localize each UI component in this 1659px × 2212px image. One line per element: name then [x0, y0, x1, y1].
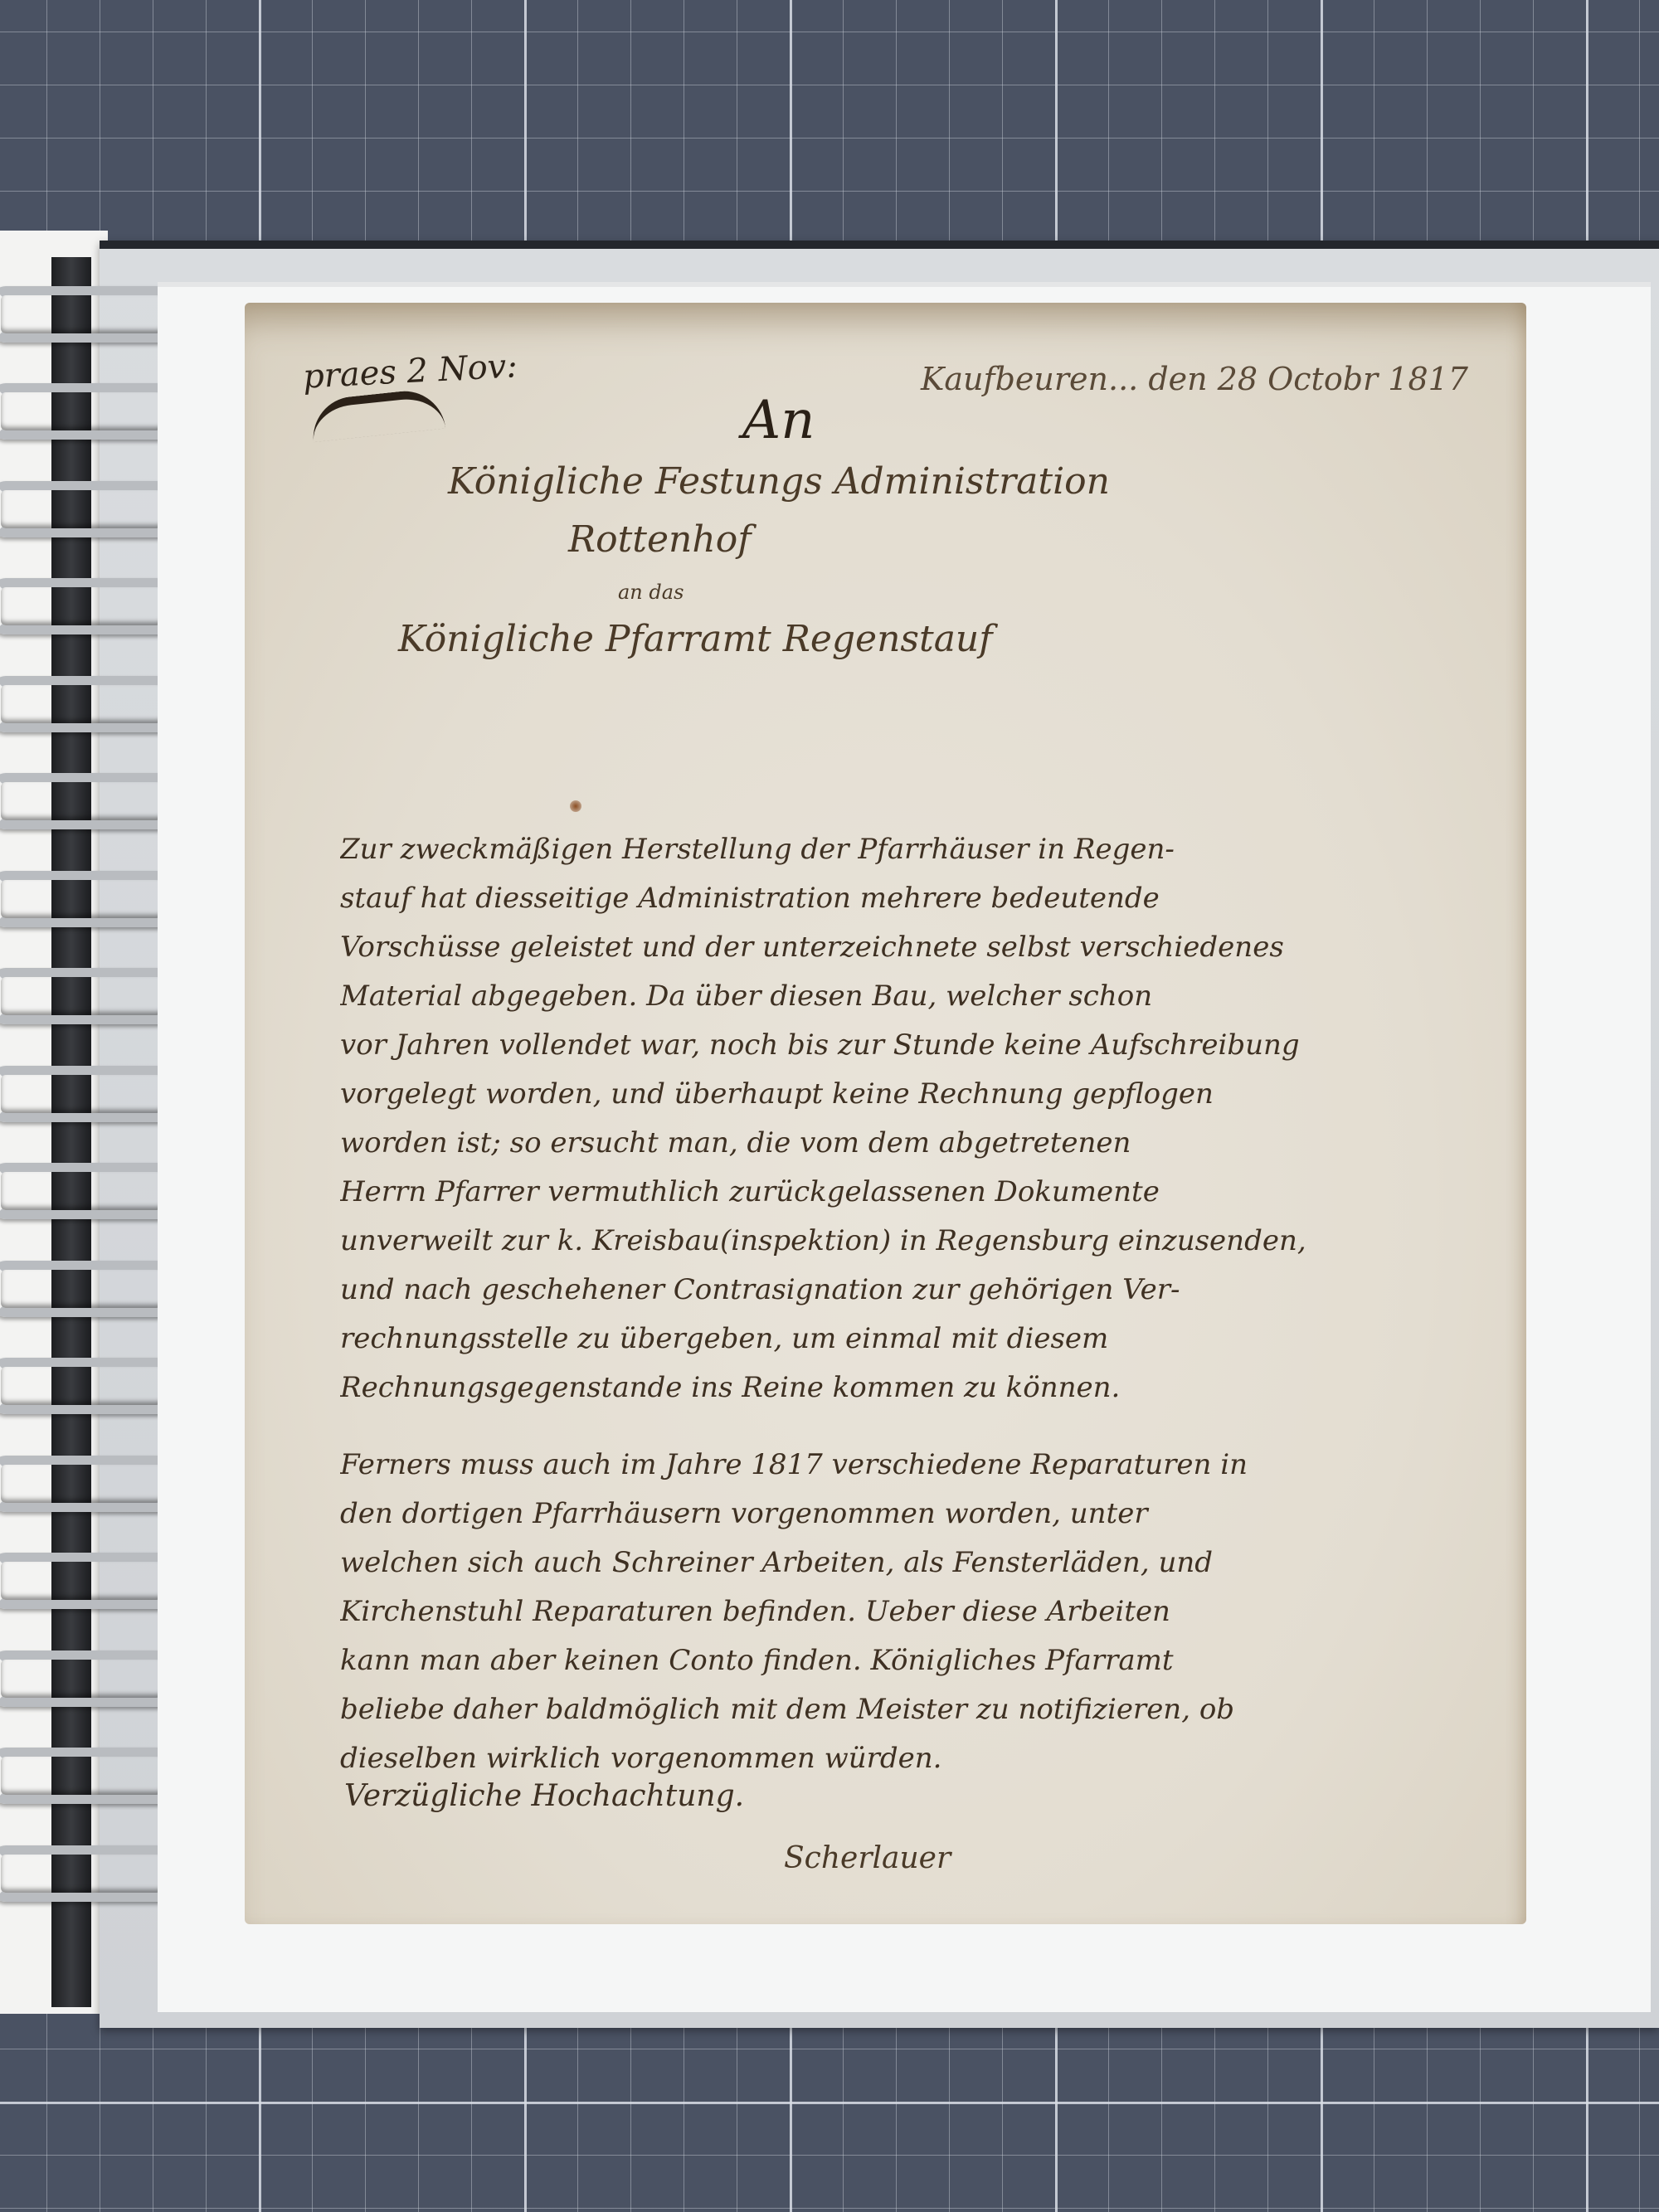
body-line: rechnungsstelle zu übergeben, um einmal …: [340, 1315, 1477, 1364]
closing-formula: Verzügliche Hochachtung.: [344, 1779, 744, 1813]
body-line: stauf hat diesseitige Administration meh…: [340, 874, 1477, 923]
binder-ring-icon: [0, 578, 184, 634]
body-line: kann man aber keinen Conto finden. König…: [340, 1636, 1477, 1685]
body-line: Rechnungsgegenstande ins Reine kommen zu…: [340, 1364, 1477, 1412]
place-and-date: Kaufbeuren... den 28 Octobr 1817: [921, 361, 1468, 397]
address-line: Rottenhof: [568, 518, 751, 561]
binder-ring-icon: [0, 1748, 184, 1804]
body-line: Ferners muss auch im Jahre 1817 verschie…: [340, 1441, 1477, 1490]
binder-ring-icon: [0, 1261, 184, 1317]
flourish-mark: [309, 387, 445, 442]
receipt-annotation: praes 2 Nov:: [302, 347, 518, 396]
address-line: Königliche Pfarramt Regenstauf: [398, 618, 993, 660]
paragraph-1: Zur zweckmäßigen Herstellung der Pfarrhä…: [340, 825, 1477, 1412]
binder-ring-icon: [0, 1456, 184, 1512]
address-line: an das: [618, 581, 684, 604]
body-line: vor Jahren vollendet war, noch bis zur S…: [340, 1021, 1477, 1070]
binder-ring-icon: [0, 1358, 184, 1414]
binder-ring-icon: [0, 968, 184, 1024]
body-line: Herrn Pfarrer vermuthlich zurückgelassen…: [340, 1168, 1477, 1217]
signature: Scherlauer: [784, 1841, 951, 1875]
binder-ring-icon: [0, 773, 184, 829]
salutation: An: [742, 390, 815, 451]
binder-ring-icon: [0, 481, 184, 537]
binder-ring-icon: [0, 871, 184, 927]
binder-ring-icon: [0, 1066, 184, 1122]
body-line: Material abgegeben. Da über diesen Bau, …: [340, 972, 1477, 1021]
paragraph-2: Ferners muss auch im Jahre 1817 verschie…: [340, 1441, 1477, 1783]
binder-ring-icon: [0, 383, 184, 440]
binder-ring-icon: [0, 1163, 184, 1219]
body-line: dieselben wirklich vorgenommen würden.: [340, 1734, 1477, 1783]
ink-stain: [570, 800, 581, 812]
binder-ring-icon: [0, 1650, 184, 1707]
letter-body: Zur zweckmäßigen Herstellung der Pfarrhä…: [340, 825, 1477, 1783]
binder-ring-icon: [0, 286, 184, 343]
body-line: worden ist; so ersucht man, die vom dem …: [340, 1119, 1477, 1168]
manuscript-letter: praes 2 Nov: Kaufbeuren... den 28 Octobr…: [245, 303, 1526, 1924]
body-line: Kirchenstuhl Reparaturen befinden. Ueber…: [340, 1587, 1477, 1636]
binder-ring-icon: [0, 1553, 184, 1609]
body-line: Vorschüsse geleistet und der unterzeichn…: [340, 923, 1477, 972]
body-line: Zur zweckmäßigen Herstellung der Pfarrhä…: [340, 825, 1477, 874]
body-line: welchen sich auch Schreiner Arbeiten, al…: [340, 1539, 1477, 1587]
address-line: Königliche Festungs Administration: [448, 460, 1110, 503]
body-line: den dortigen Pfarrhäusern vorgenommen wo…: [340, 1490, 1477, 1539]
body-line: beliebe daher baldmöglich mit dem Meiste…: [340, 1685, 1477, 1734]
binder-ring-icon: [0, 676, 184, 732]
binder-ring-icon: [0, 1845, 184, 1902]
body-line: vorgelegt worden, und überhaupt keine Re…: [340, 1070, 1477, 1119]
body-line: und nach geschehener Contrasignation zur…: [340, 1266, 1477, 1315]
body-line: unverweilt zur k. Kreisbau(inspektion) i…: [340, 1217, 1477, 1266]
